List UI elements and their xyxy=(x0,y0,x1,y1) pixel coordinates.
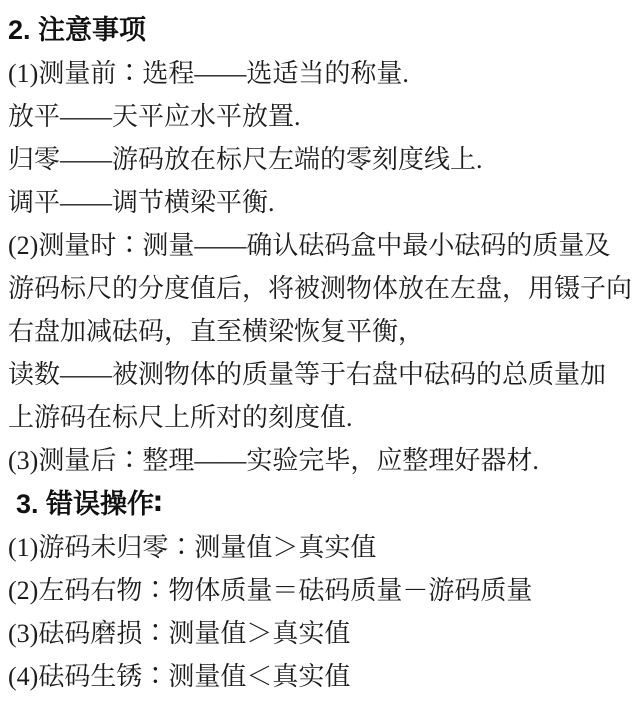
text-line-error-4: (4)砝码生锈∶测量值＜真实值 xyxy=(8,655,634,698)
document-page: 2. 注意事项 (1)测量前∶选程——选适当的称量. 放平——天平应水平放置. … xyxy=(0,0,640,704)
text-line-reading-2: 上游码在标尺上所对的刻度值. xyxy=(8,396,634,439)
section-heading-wrong-operations: 3. 错误操作∶ xyxy=(8,482,634,526)
text-line-place-level: 放平——天平应水平放置. xyxy=(8,95,634,138)
text-line-error-1: (1)游码未归零∶测量值＞真实值 xyxy=(8,526,634,569)
text-line-reading-1: 读数——被测物体的质量等于右盘中砝码的总质量加 xyxy=(8,353,634,396)
text-line-error-2: (2)左码右物∶物体质量＝砝码质量－游码质量 xyxy=(8,569,634,612)
text-line-while-measuring-3: 右盘加减砝码，直至横梁恢复平衡， xyxy=(8,310,634,353)
text-line-before-measuring: (1)测量前∶选程——选适当的称量. xyxy=(8,52,634,95)
text-line-zeroing: 归零——游码放在标尺左端的零刻度线上. xyxy=(8,138,634,181)
text-line-while-measuring-1: (2)测量时∶测量——确认砝码盒中最小砝码的质量及 xyxy=(8,224,634,267)
section-heading-precautions: 2. 注意事项 xyxy=(8,8,634,52)
text-line-after-measuring: (3)测量后∶整理——实验完毕，应整理好器材. xyxy=(8,439,634,482)
text-line-while-measuring-2: 游码标尺的分度值后，将被测物体放在左盘，用镊子向 xyxy=(8,267,634,310)
text-line-error-3: (3)砝码磨损∶测量值＞真实值 xyxy=(8,612,634,655)
text-line-balance-beam: 调平——调节横梁平衡. xyxy=(8,181,634,224)
